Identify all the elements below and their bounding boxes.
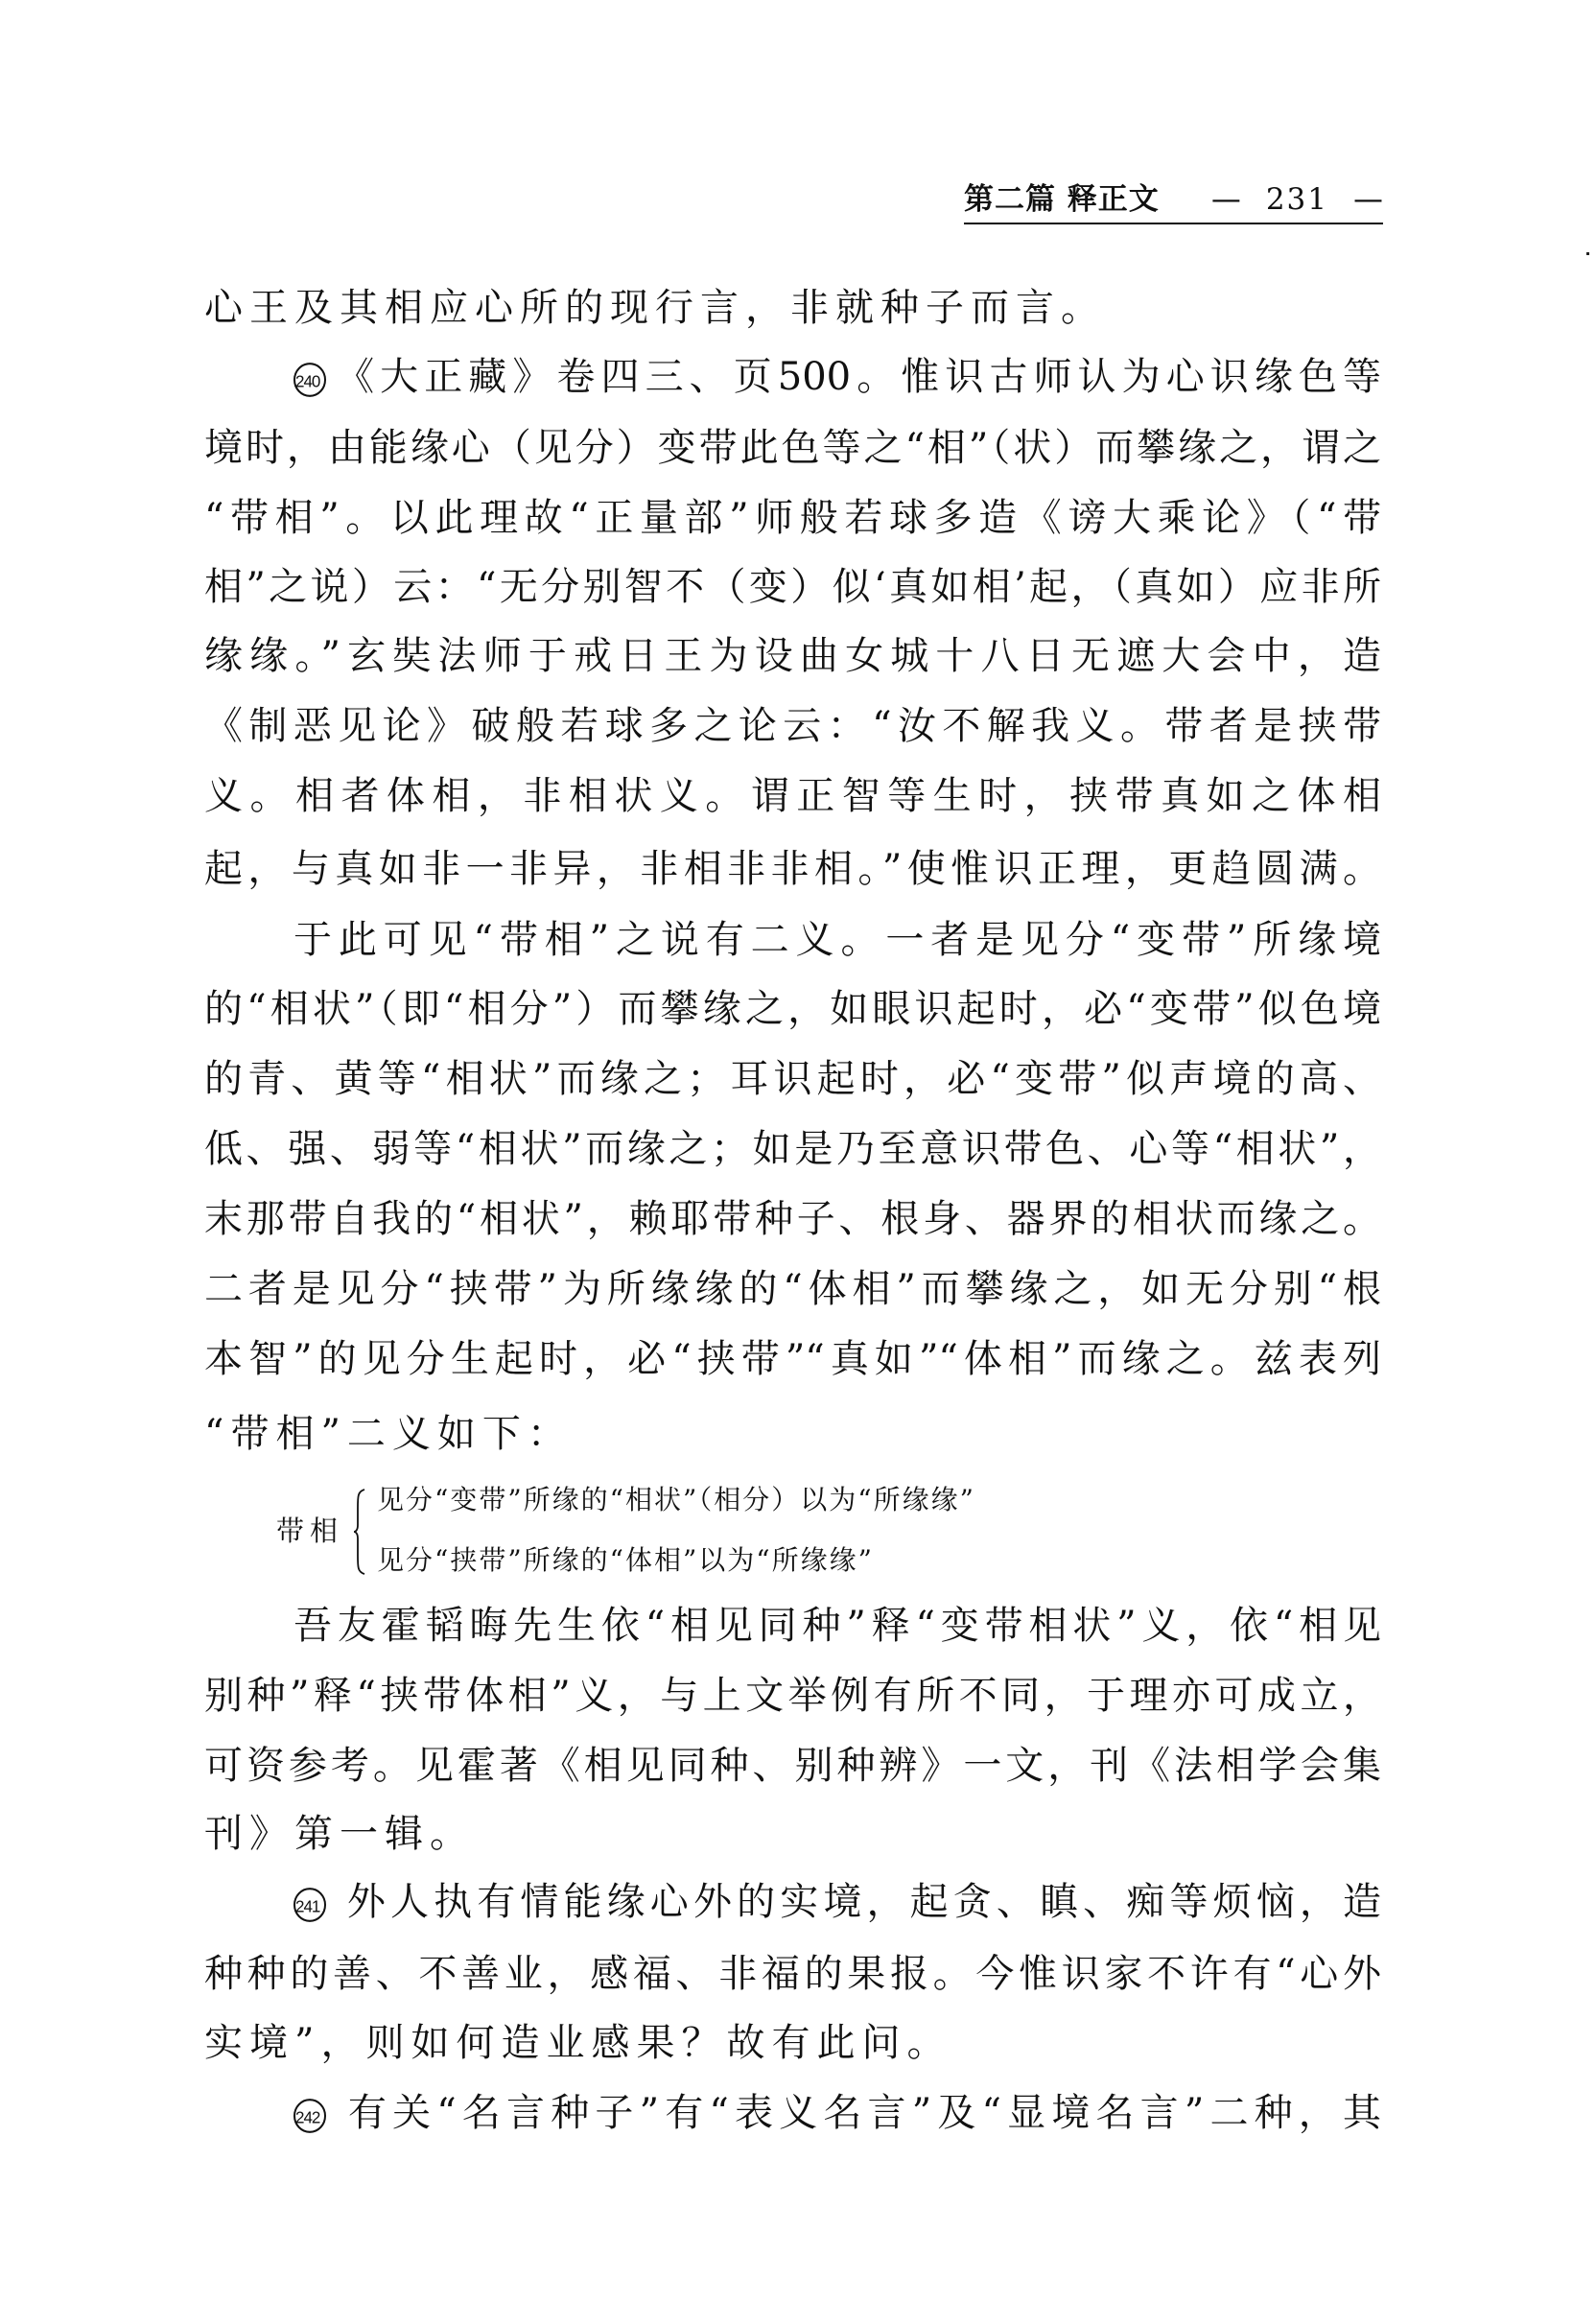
dash-right: — [1353, 180, 1383, 219]
text-line: 末那带自我的“相状”，赖耶带种子、根身、器界的相状而缘之。 [204, 1195, 1381, 1243]
line-text: “带相”。以此理故“正量部”师般若球多造《谤大乘论》（“带 [204, 496, 1381, 540]
line-text: 吾友霍韬晦先生依“相见同种”释“变带相状”义，依“相见 [293, 1604, 1381, 1648]
circled-number-241: 241 [293, 1888, 326, 1922]
line-text: 刊》第一辑。 [204, 1812, 475, 1856]
line-text: 实境”，则如何造业感果？故有此问。 [204, 2021, 951, 2065]
text-line: 可资参考。见霍著《相见同种、别种辨》一文，刊《法相学会集 [204, 1742, 1381, 1790]
text-line: 刊》第一辑。 [204, 1810, 1381, 1858]
text-line: 义。相者体相，非相状义。谓正智等生时，挟带真如之体相 [204, 772, 1381, 820]
line-text: 本智”的见分生起时，必“挟带”“真如”“体相”而缘之。兹表列 [204, 1337, 1381, 1381]
text-line: 境时，由能缘心（见分）变带此色等之“相”（状）而攀缘之，谓之 [204, 424, 1381, 472]
table-row: 见分“变带”所缘的“相状”（相分）以为“所缘缘” [377, 1483, 975, 1517]
folio-group: — 231 — [1211, 180, 1383, 219]
paragraph-start-line: 吾友霍韬晦先生依“相见同种”释“变带相状”义，依“相见 [293, 1602, 1381, 1650]
line-text: 外人执有情能缘心外的实境，起贪、瞋、痴等烦恼，造 [330, 1880, 1381, 1924]
book-page: 第二篇 释正文 — 231 — 心王及其相应心所的现行言，非就种子而言。 240… [0, 0, 1596, 2301]
text-line: 缘缘。”玄奘法师于戒日王为设曲女城十八日无遮大会中，造 [204, 632, 1381, 680]
line-text: 相”之说）云：“无分别智不（变）似‘真如相’起，（真如）应非所 [204, 565, 1381, 609]
line-text: 于此可见“带相”之说有二义。一者是见分“变带”所缘境 [293, 918, 1381, 962]
text-line: 二者是见分“挟带”为所缘缘的“体相”而攀缘之，如无分别“根 [204, 1265, 1381, 1313]
line-text: “带相”二义如下： [204, 1412, 573, 1456]
footnote-242-line: 242 有关“名言种子”有“表义名言”及“显境名言”二种，其 [293, 2089, 1381, 2137]
text-line: 相”之说）云：“无分别智不（变）似‘真如相’起，（真如）应非所 [204, 563, 1381, 611]
line-text: 有关“名言种子”有“表义名言”及“显境名言”二种，其 [330, 2091, 1381, 2135]
section-title: 第二篇 释正文 [964, 180, 1160, 219]
text-line: 别种”释“挟带体相”义，与上文举例有所不同，于理亦可成立， [204, 1672, 1381, 1720]
text-line: 种种的善、不善业，感福、非福的果报。今惟识家不许有“心外 [204, 1950, 1381, 1998]
text-line: “带相”。以此理故“正量部”师般若球多造《谤大乘论》（“带 [204, 494, 1381, 542]
dash-left: — [1211, 180, 1241, 219]
line-text: 心王及其相应心所的现行言，非就种子而言。 [204, 286, 1106, 330]
table-row: 见分“挟带”所缘的“体相”以为“所缘缘” [377, 1543, 874, 1578]
line-text: 义。相者体相，非相状义。谓正智等生时，挟带真如之体相 [204, 774, 1381, 818]
line-text: 末那带自我的“相状”，赖耶带种子、根身、器界的相状而缘之。 [204, 1197, 1381, 1241]
text-line: 的“相状”（即“相分”）而攀缘之，如眼识起时，必“变带”似色境 [204, 985, 1381, 1033]
table-label: 带相 [276, 1514, 343, 1548]
line-text: 种种的善、不善业，感福、非福的果报。今惟识家不许有“心外 [204, 1952, 1381, 1996]
paragraph-start-line: 于此可见“带相”之说有二义。一者是见分“变带”所缘境 [293, 916, 1381, 964]
line-text: 的“相状”（即“相分”）而攀缘之，如眼识起时，必“变带”似色境 [204, 987, 1381, 1031]
text-line: 实境”，则如何造业感果？故有此问。 [204, 2019, 1381, 2067]
footnote-241-line: 241 外人执有情能缘心外的实境，起贪、瞋、痴等烦恼，造 [293, 1878, 1381, 1926]
text-line: 起，与真如非一非异，非相非非相。”使惟识正理，更趋圆满。 [204, 845, 1381, 893]
line-text: 低、强、弱等“相状”而缘之；如是乃至意识带色、心等“相状”， [204, 1127, 1381, 1171]
line-text: 《大正藏》卷四三、页500。惟识古师认为心识缘色等 [330, 355, 1381, 399]
text-line: 本智”的见分生起时，必“挟带”“真如”“体相”而缘之。兹表列 [204, 1335, 1381, 1383]
left-brace-icon [353, 1489, 366, 1575]
circled-number-242: 242 [293, 2099, 326, 2133]
line-text: 《制恶见论》破般若球多之论云：“汝不解我义。带者是挟带 [204, 704, 1381, 748]
line-text: 起，与真如非一非异，非相非非相。”使惟识正理，更趋圆满。 [204, 847, 1381, 891]
line-text: 别种”释“挟带体相”义，与上文举例有所不同，于理亦可成立， [204, 1674, 1381, 1718]
page-number: 231 [1266, 180, 1328, 219]
text-line: “带相”二义如下： [204, 1410, 1381, 1458]
part-label: 第二篇 [964, 182, 1056, 217]
text-line: 低、强、弱等“相状”而缘之；如是乃至意识带色、心等“相状”， [204, 1125, 1381, 1173]
line-text: 境时，由能缘心（见分）变带此色等之“相”（状）而攀缘之，谓之 [204, 426, 1381, 470]
line-text: 可资参考。见霍著《相见同种、别种辨》一文，刊《法相学会集 [204, 1744, 1381, 1788]
text-line: 《制恶见论》破般若球多之论云：“汝不解我义。带者是挟带 [204, 702, 1381, 750]
line-text: 二者是见分“挟带”为所缘缘的“体相”而攀缘之，如无分别“根 [204, 1267, 1381, 1311]
text-line: 的青、黄等“相状”而缘之；耳识起时，必“变带”似声境的高、 [204, 1055, 1381, 1103]
chapter-label: 释正文 [1068, 182, 1160, 217]
line-text: 缘缘。”玄奘法师于戒日王为设曲女城十八日无遮大会中，造 [204, 634, 1381, 678]
scan-speck [1586, 252, 1589, 255]
text-line: 心王及其相应心所的现行言，非就种子而言。 [204, 284, 1381, 332]
footnote-240-line: 240《大正藏》卷四三、页500。惟识古师认为心识缘色等 [293, 353, 1381, 401]
running-header: 第二篇 释正文 — 231 — [964, 180, 1383, 224]
circled-number-240: 240 [293, 363, 326, 397]
line-text: 的青、黄等“相状”而缘之；耳识起时，必“变带”似声境的高、 [204, 1057, 1381, 1101]
